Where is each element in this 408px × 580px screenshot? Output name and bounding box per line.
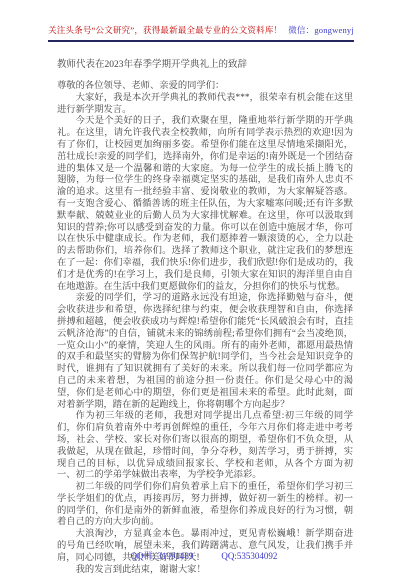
paragraph: 亲爱的同学们，学习的道路永远没有坦途，你选择勤勉与奋斗，便会收获进步和希望，你选… [57, 293, 353, 411]
promo-header: 关注头条号“公文研究”，获得最新最全最专业的公文资料库！微信：gongwenyj [48, 24, 354, 42]
paragraph: 大家好，我是本次开学典礼的教师代表***，很荣幸有机会能在这里进行新学期发言。 [57, 93, 353, 117]
paragraph: 作为初三年级的老师，我想对同学提出几点希望:初三年级的同学们，你们肩负着南外中考… [57, 411, 353, 482]
promo-header-text: 关注头条号“公文研究”，获得最新最全最专业的公文资料库！ [48, 25, 282, 35]
document-body: 尊敬的各位领导、老师、亲爱的同学们： 大家好，我是本次开学典礼的教师代表***，… [57, 81, 353, 576]
page-footer: QQ群: 31991489QQ:535304092 [0, 549, 408, 562]
paragraph: 初二年级的同学们你们肩负着承上启下的重任，希望你们学习初三学长学姐们的优点，再接… [57, 482, 353, 529]
document-page: 关注头条号“公文研究”，获得最新最全最专业的公文资料库！微信：gongwenyj… [0, 0, 408, 580]
salutation: 尊敬的各位领导、老师、亲爱的同学们： [57, 81, 353, 93]
qq-number: QQ:535304092 [221, 551, 277, 561]
paragraph: 今天是个美好的日子，我们欢聚在里，隆重地举行新学期的开学典礼。在这里，请允许我代… [57, 116, 353, 293]
wechat-contact: 微信：gongwenyj [288, 25, 354, 35]
paragraph: 我的发言到此结束，谢谢大家！ [57, 565, 353, 577]
qq-group-number: QQ群: 31991489 [131, 551, 194, 561]
document-title: 教师代表在2023年春季学期开学典礼上的致辞 [57, 56, 353, 70]
